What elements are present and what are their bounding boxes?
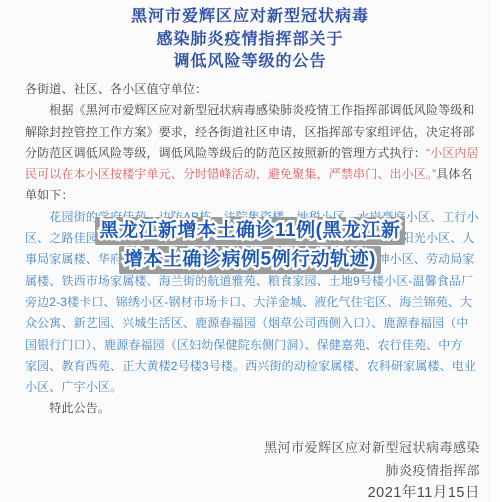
text-run: 民可以在本小区按楼宇单元、分时错峰活动，避免聚集，严禁串门、出小区。”	[25, 167, 436, 181]
text-line: 家园、教育西苑、正大黄楼2号楼3号楼。西兴街的动检家属楼、农科研家属楼、电业	[25, 356, 482, 377]
header-line: 感染肺炎疫情指挥部关于	[0, 29, 500, 52]
text-run: 特此公告。	[25, 401, 110, 415]
signature-line: 黑河市爱辉区应对新型冠状病毒感染	[264, 436, 480, 459]
header-line: 黑河市爱辉区应对新型冠状病毒	[0, 6, 500, 29]
overlay-line: 增本土确诊病例5例行动轨迹)	[0, 246, 500, 274]
overlay-band: 黑龙江新增本土确诊11例(黑龙江新	[95, 217, 406, 245]
text-run: 国银行门口）、鹿源春福园（区妇幼保健院东侧门洞）、保健嘉苑、农行佳苑、中方	[25, 338, 463, 352]
text-line: 众公寓、新艺园、兴城生活区、鹿源春福园（烟草公司西侧入口）、鹿源春福园（中	[25, 313, 482, 334]
notice-header: 黑河市爱辉区应对新型冠状病毒 感染肺炎疫情指挥部关于 调低风险等级的公告	[0, 6, 500, 74]
text-line: 民可以在本小区按楼宇单元、分时错峰活动，避免聚集，严禁串门、出小区。”具体名	[25, 164, 482, 185]
text-run: 单如下：	[25, 188, 74, 202]
text-run: 小区、广宇小区。	[25, 380, 122, 394]
text-line: 国银行门口）、鹿源春福园（区妇幼保健院东侧门洞）、保健嘉苑、农行佳苑、中方	[25, 335, 482, 356]
text-run: 众公寓、新艺园、兴城生活区、鹿源春福园（烟草公司西侧入口）、鹿源春福园（中	[25, 316, 469, 330]
text-line: 单如下：	[25, 185, 482, 206]
text-run: 具体名	[436, 167, 472, 181]
signature-line: 肺炎疫情指挥部	[264, 459, 480, 482]
text-run: 属楼、铁西市场家属楼、海兰街的航道雅苑、粮食家园、土地9号楼小区-温馨食品厂	[25, 274, 473, 288]
overlay-headline: 黑龙江新增本土确诊11例(黑龙江新 增本土确诊病例5例行动轨迹)	[0, 217, 500, 275]
text-line: 各街道、社区、各小区值守单位：	[25, 79, 482, 100]
text-run: 根据《黑河市爱辉区应对新型冠状病毒感染肺炎疫情工作指挥部调低风险等级和	[25, 103, 475, 117]
text-line: 旁边2-3楼卡口、锦绣小区-钢材市场卡口、大洋金城、液化气住宅区、海兰锦苑、大	[25, 292, 482, 313]
text-run: 家园、教育西苑、正大黄楼2号楼3号楼。西兴街的动检家属楼、农科研家属楼、电业	[25, 359, 476, 373]
text-line: 特此公告。	[25, 398, 482, 419]
text-run: 各街道、社区、各小区值守单位：	[25, 82, 207, 96]
overlay-text: 增本土确诊病例5例行动轨迹)	[124, 247, 376, 272]
text-run: “小区内居	[426, 146, 479, 160]
overlay-band: 增本土确诊病例5例行动轨迹)	[119, 246, 381, 274]
signature-block: 黑河市爱辉区应对新型冠状病毒感染 肺炎疫情指挥部 2021年11月15日	[264, 436, 480, 502]
text-run: 旁边2-3楼卡口、锦绣小区-钢材市场卡口、大洋金城、液化气住宅区、海兰锦苑、大	[25, 295, 472, 309]
overlay-line: 黑龙江新增本土确诊11例(黑龙江新	[0, 217, 500, 245]
text-line: 分防范区调低风险等级，调低风险等级后的防范区按照新的管理方式执行：“小区内居	[25, 143, 482, 164]
text-line: 根据《黑河市爱辉区应对新型冠状病毒感染肺炎疫情工作指挥部调低风险等级和	[25, 100, 482, 121]
text-line: 小区、广宇小区。	[25, 377, 482, 398]
text-run: 解除封控管控工作方案》要求，经各街道社区申请，区指挥部专家组评估，决定将部	[25, 125, 475, 139]
date-line: 2021年11月15日	[264, 482, 480, 502]
overlay-text: 黑龙江新增本土确诊11例(黑龙江新	[100, 218, 401, 243]
header-line: 调低风险等级的公告	[0, 51, 500, 74]
text-run: 分防范区调低风险等级，调低风险等级后的防范区按照新的管理方式执行：	[25, 146, 426, 160]
notice-page: 黑河市爱辉区应对新型冠状病毒 感染肺炎疫情指挥部关于 调低风险等级的公告 各街道…	[0, 0, 500, 502]
text-line: 解除封控管控工作方案》要求，经各街道社区申请，区指挥部专家组评估，决定将部	[25, 122, 482, 143]
